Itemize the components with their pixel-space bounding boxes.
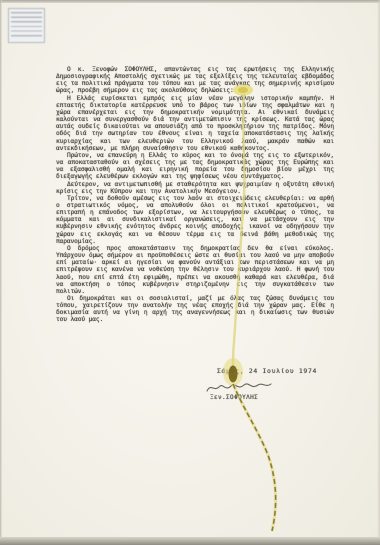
- stain-lower-halo: [233, 384, 276, 531]
- letter-paragraph: Οι δημοκράται και οι σοσιαλισταί, μαζί μ…: [56, 295, 334, 324]
- letter-body: Ο κ. Ξενοφών ΣΟΦΟΥΛΗΣ, απαντώντας εις τα…: [56, 66, 334, 324]
- scanned-document-photo: Ο κ. Ξενοφών ΣΟΦΟΥΛΗΣ, απαντώντας εις τα…: [0, 0, 380, 545]
- letter-paragraph: Πρώτον, να επανεύρη η Ελλάς το κύρος και…: [56, 152, 334, 181]
- letter-paragraph: Δεύτερον, να αντιμετωπισθή με σταθερότητ…: [56, 181, 334, 195]
- archive-stamp-microtext: [11, 12, 42, 39]
- letter-paragraph: Τρίτον, να δοθούν αμέσως εις τον λαόν αι…: [56, 195, 334, 245]
- letter-paragraph: Ο δρόμος προς αποκατάστασιν της δημοκρατ…: [56, 245, 334, 295]
- letter-paragraph: Η Ελλάς ευρίσκεται εμπρός εις μίαν νέαν …: [56, 95, 334, 152]
- date-line: Σάμος, 24 Ιουλίου 1974: [217, 367, 317, 375]
- photo-edge-top: [0, 0, 380, 3]
- stain-lower-streak: [233, 384, 276, 531]
- archive-stamp: [8, 8, 45, 43]
- photo-edge-left: [0, 0, 2, 545]
- signature-typed-name: Ξεν.ΣΟΦΟΥΛΗΣ: [210, 394, 258, 401]
- letter-paragraph: Ο κ. Ξενοφών ΣΟΦΟΥΛΗΣ, απαντώντας εις τα…: [56, 66, 334, 95]
- photo-edge-bottom: [0, 537, 380, 545]
